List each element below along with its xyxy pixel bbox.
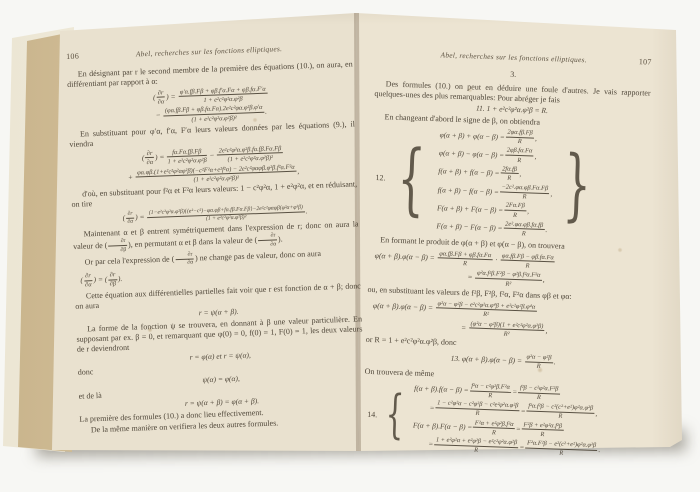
math-text: ( xyxy=(153,92,156,101)
math-text: = xyxy=(521,407,526,414)
fraction: f²α.f²β − c²(c²+e²)φ²α.φ²βR xyxy=(526,403,594,422)
math-text: . xyxy=(598,446,600,453)
math-text: , xyxy=(527,207,529,214)
right-page-content: Abel, recherches sur les fonctions ellip… xyxy=(362,48,652,463)
right-page-blocks: 3.Des formules (10.) on peut en déduire … xyxy=(362,66,651,460)
equation-group: 14.{f(α + β).f(α − β) = f²α − c²φ²β.F²αR… xyxy=(362,379,640,460)
math-text: F(α + β) − F(α − β) = xyxy=(436,223,502,233)
left-brace: { xyxy=(385,390,405,440)
math-text: r = φ(α) et r = ψ(α), xyxy=(189,350,250,361)
math-text: φ(α + β).φ(α − β) = xyxy=(375,251,437,262)
math-text: φ(α + β) − φ(α − β) = xyxy=(439,149,504,159)
math-text: ( xyxy=(142,153,145,162)
equation-number: 14. xyxy=(367,410,377,418)
fraction: 2fα.fβR xyxy=(500,165,518,182)
math-text: ψ(α) = φ(α), xyxy=(202,374,240,384)
math-text: = xyxy=(461,323,468,332)
fraction: f²β − c²φ²α.F²βR xyxy=(518,384,560,402)
fraction: F²α.F²β − e²(c²+e²)φ²α.φ²βR xyxy=(525,439,598,458)
fraction: φα.fβ.Fβ + φβ.fα.FαR xyxy=(437,250,492,268)
fraction: −2c².φα.φβ.Fα.FβR xyxy=(500,183,550,201)
math-text: 3. xyxy=(510,70,516,79)
fraction: 2e²c²φ²α.φ²β.fα.fβ.Fα.Fβ(1 + e²c²φ²α.φ²β… xyxy=(217,145,283,164)
math-text: 13. φ(α + β).φ(α − β) = xyxy=(451,354,524,366)
math-text: , xyxy=(543,275,545,284)
math-text: = xyxy=(519,444,524,451)
left-page-blocks: En désignant par r le second membre de l… xyxy=(67,60,366,436)
math-text: ) = xyxy=(166,91,178,100)
math-text: ) = xyxy=(155,152,167,161)
math-text: ), en permutant α et β dans la valeur de… xyxy=(128,235,258,249)
right-page-number: 107 xyxy=(630,57,652,67)
math-text: · xyxy=(493,255,499,264)
math-text: f(α + β) − f(α − β) = xyxy=(438,186,499,195)
fraction: F²α + e²φ²β.f²αR xyxy=(473,419,515,437)
math-text: , xyxy=(519,170,521,177)
math-text: , xyxy=(297,166,299,175)
fraction: ∂r∂α xyxy=(126,210,135,225)
math-text: + xyxy=(128,172,135,181)
math-text: = xyxy=(428,440,433,447)
fraction: φ′α.fβ.Fβ + φβ.f′α.Fα + φβ.fα.F′α1 + e²c… xyxy=(178,85,267,105)
fraction: F²β + e²φ²α.f²βR xyxy=(522,421,564,439)
fraction: 1 + e²φ²α + e²φ²β − e²c²φ²α.φ²βR xyxy=(434,436,519,455)
fraction: φ²α.f²β.F²β − φ²β.f²α.F²αR² xyxy=(475,270,542,289)
fraction: ∂r∂α xyxy=(145,150,154,167)
left-page-number: 106 xyxy=(66,51,88,61)
math-text: , xyxy=(545,326,547,335)
math-text: . xyxy=(545,226,547,233)
running-head-spacer xyxy=(330,49,352,50)
fraction: fα.Fα.fβ.Fβ1 + e²c²φ²α.φ²β xyxy=(167,148,207,166)
math-text: Or par cela l'expression de ( xyxy=(85,254,175,266)
math-text: ). xyxy=(118,274,123,283)
equation-lines: φ(α + β) + φ(α − β) = 2φα.fβ.FβR,φ(α + β… xyxy=(436,126,554,238)
math-text: r = ψ(α + β) = φ(α + β). xyxy=(185,396,259,408)
fraction: ∂r∂β xyxy=(108,238,127,253)
fraction: ∂r∂α xyxy=(156,89,165,106)
fraction: ∂r∂α xyxy=(175,251,194,266)
math-text: r = ψ(α + β). xyxy=(199,307,239,317)
math-text: On trouvera de même xyxy=(365,367,435,378)
fraction: ∂r∂α xyxy=(258,233,277,248)
equation-line: f(α + β) − f(α − β) = −2c².φα.φβ.Fα.FβR, xyxy=(437,181,552,201)
fraction: φ²α − φ²β − e²c²φ²α.φ⁴β + e²c²φ²β.φ⁴αR² xyxy=(436,300,537,320)
fraction: 2Fα.FβR xyxy=(504,202,527,219)
fraction: 2e².φα.φβ.fα.fβR xyxy=(503,220,545,238)
equation-group: 12.{φ(α + β) + φ(α − β) = 2φα.fβ.FβR,φ(α… xyxy=(370,124,650,242)
equation-line: F(α + β) − F(α − β) = 2e².φα.φβ.fα.fβR. xyxy=(436,218,551,238)
fraction: 1 − c²φ²α − c²φ²β − c²e²φ²α.φ²βR xyxy=(435,399,520,418)
math-text: , xyxy=(535,153,537,160)
math-text: ) = xyxy=(135,212,147,221)
math-text: ). xyxy=(278,235,283,244)
math-text: , xyxy=(535,134,537,141)
left-brace: { xyxy=(396,142,426,217)
math-text: − xyxy=(156,111,163,120)
equation-number: 12. xyxy=(375,174,385,182)
math-text: f(α + β).f(α − β) = xyxy=(414,385,469,394)
math-text: et de là xyxy=(78,391,101,401)
fraction: ∂r∂α xyxy=(84,272,93,289)
math-text: ( xyxy=(80,276,83,285)
fraction: 2φα.fβ.FβR xyxy=(506,129,535,146)
equation-line: φ(α + β) − φ(α − β) = 2φβ.fα.FαR, xyxy=(439,145,554,165)
fraction: ∂r∂β xyxy=(108,271,117,288)
math-text: f(α + β) + f(α − β) = xyxy=(438,168,499,177)
math-text: F(α + β) + F(α − β) = xyxy=(437,204,503,214)
math-text: = xyxy=(516,425,521,432)
fraction: (φ²α − φ²β)(1 + e²c²φ²α.φ²β)R² xyxy=(469,320,545,339)
math-text: , xyxy=(595,410,597,417)
equation-line: φ(α + β) + φ(α − β) = 2φα.fβ.FβR, xyxy=(439,126,554,146)
equation-line: f(α + β) + f(α − β) = 2fα.fβR, xyxy=(438,163,553,183)
math-text: F(α + β).F(α − β) = xyxy=(413,422,472,431)
math-text: . xyxy=(554,357,556,366)
equation-lines: f(α + β).f(α − β) = f²α − c²φ²β.F²αR = f… xyxy=(412,380,602,458)
left-page-content: 106 Abel, recherches sur les fonctions e… xyxy=(66,42,366,437)
math-text: ) = ( xyxy=(93,275,107,285)
math-text: φ(α + β) + φ(α − β) = xyxy=(440,131,505,141)
math-text: = xyxy=(512,388,517,395)
fraction: f²α − c²φ²β.F²αR xyxy=(469,382,511,400)
math-text: φ(α + β).φ(α − β) = xyxy=(373,301,435,312)
math-text: = xyxy=(429,404,434,411)
math-text: . xyxy=(265,107,267,116)
right-brace: } xyxy=(562,148,592,223)
math-text: ) ne change pas de valeur, donc on aura xyxy=(195,249,321,263)
fraction: 2φβ.fα.FαR xyxy=(505,147,534,164)
math-text: donc xyxy=(78,368,94,378)
math-text: . xyxy=(305,206,307,215)
equation-line: F(α + β) + F(α − β) = 2Fα.FβR, xyxy=(437,200,552,220)
math-text: ( xyxy=(123,213,126,222)
photo-background: 106 Abel, recherches sur les fonctions e… xyxy=(0,0,700,492)
math-text: , xyxy=(550,190,552,197)
fraction: φ²α − φ²βR xyxy=(525,353,554,370)
running-head-spacer xyxy=(376,55,398,56)
math-text: 11. 1 + e²c²φ²α.φ²β = R. xyxy=(476,104,548,116)
math-text: = xyxy=(467,273,474,282)
fraction: (φα.fβ.Fβ + φβ.fα.Fα).2e²c²φα.φ²β.φ′α(1 … xyxy=(163,104,264,124)
fraction: φα.fβ.Fβ − φβ.fα.FαR xyxy=(500,252,555,270)
math-text: or R = 1 + e²c²φ²α.φ²β, donc xyxy=(366,335,457,347)
math-text: − xyxy=(207,150,216,159)
